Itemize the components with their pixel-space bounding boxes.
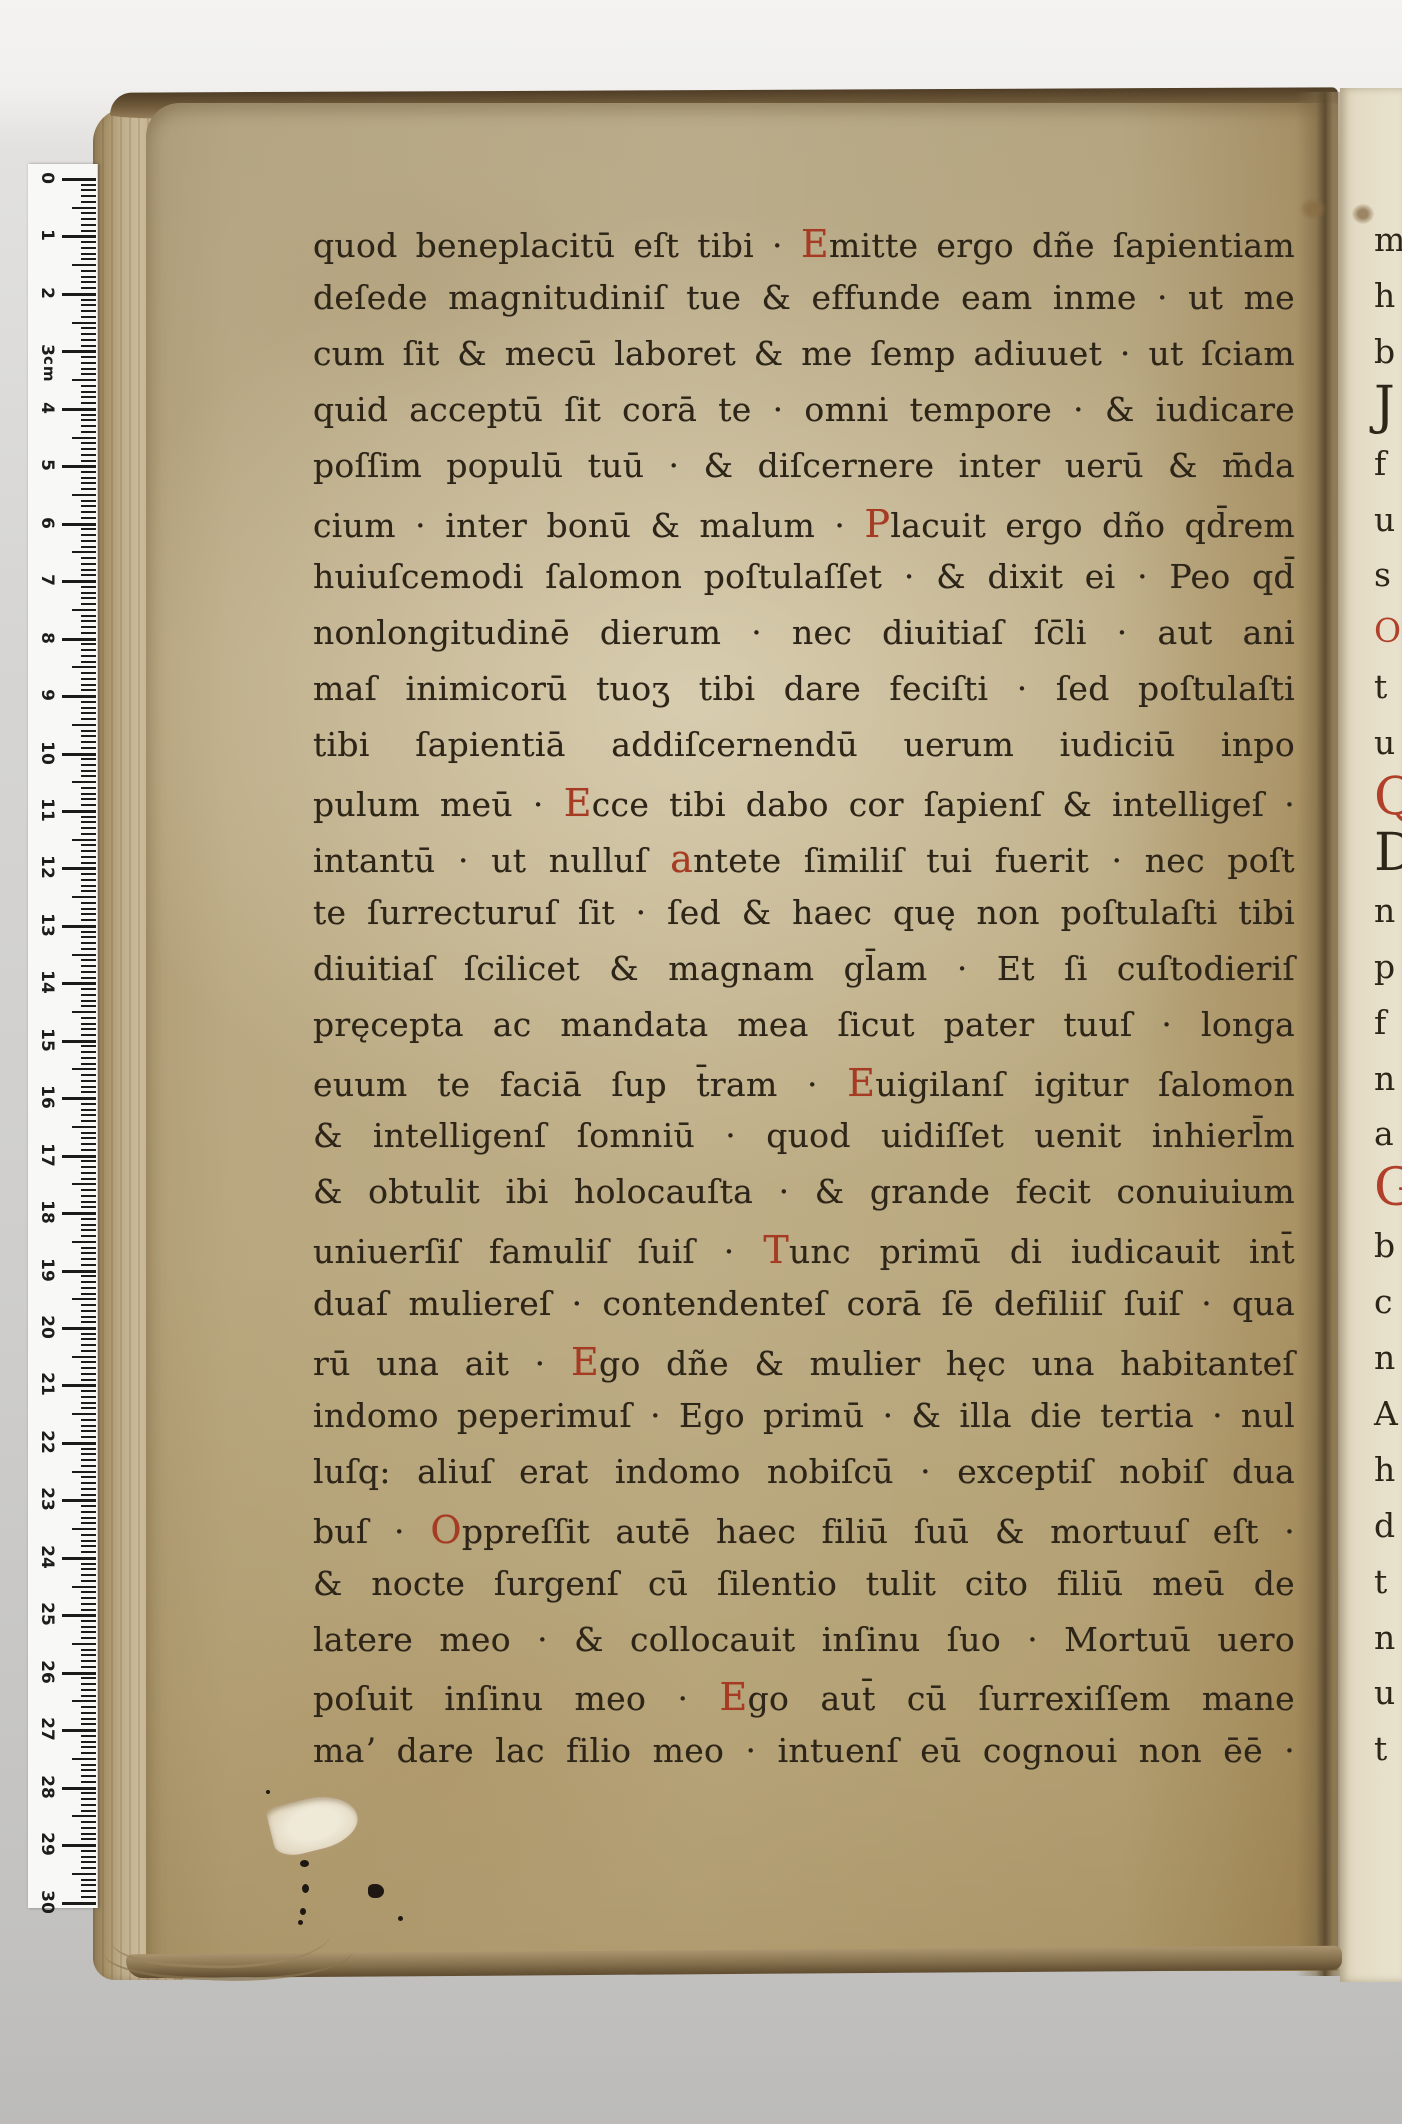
facing-page-letter-fragment: c	[1374, 1282, 1402, 1321]
manuscript-line: intantū · ut nulluſ antete ſimiliſ tui f…	[313, 837, 1295, 889]
line-text: huiuſcemodi ſalomon poſtulaſſet · & dixi…	[313, 557, 1295, 596]
facing-page-letter-fragment: n	[1374, 1338, 1402, 1377]
line-text: pulum meū ·	[313, 785, 564, 824]
manuscript-line: rū una ait · Ego dñe & mulier hęc una ha…	[313, 1340, 1295, 1392]
line-text: cum ſit & mecū laboret & me ſemp adiuuet…	[313, 334, 1295, 373]
facing-page-letter-fragment: n	[1374, 891, 1402, 930]
line-text: cce tibi dabo cor ſapienſ & intelligeſ ·	[592, 785, 1295, 824]
facing-page-letter-fragment: a	[1374, 1114, 1402, 1153]
manuscript-line: nonlongitudinē dierum · nec diuitiaſ ſc̄…	[313, 613, 1295, 665]
manuscript-line: uniuerſiſ famuliſ ſuiſ · Tunc primū di i…	[313, 1228, 1295, 1280]
manuscript-line: & nocte ſurgenſ cū ſilentio tulit cito f…	[313, 1564, 1295, 1616]
line-text: maſ inimicorū tuoʒ tibi dare feciſti · ſ…	[313, 669, 1295, 708]
manuscript-line: cium · inter bonū & malum · Placuit ergo…	[313, 502, 1295, 554]
manuscript-line: te ſurrecturuſ ſit · ſed & haec quę non …	[313, 893, 1295, 945]
line-text: & nocte ſurgenſ cū ſilentio tulit cito f…	[313, 1564, 1295, 1603]
manuscript-line: latere meo · & collocauit inſinu ſuo · M…	[313, 1620, 1295, 1672]
facing-page-letter-fragment: h	[1374, 1450, 1402, 1489]
line-text: poſuit inſinu meo ·	[313, 1679, 720, 1718]
manuscript-line: cum ſit & mecū laboret & me ſemp adiuuet…	[313, 334, 1295, 386]
line-text: uigilanſ igitur ſalomon	[875, 1065, 1295, 1104]
facing-page-letter-fragment: f	[1374, 444, 1402, 483]
line-text: indomo peperimuſ · Ego primū · & illa di…	[313, 1396, 1295, 1435]
manuscript-line: maſ inimicorū tuoʒ tibi dare feciſti · ſ…	[313, 669, 1295, 721]
line-text: cium · inter bonū & malum ·	[313, 506, 865, 545]
line-text: latere meo · & collocauit inſinu ſuo · M…	[313, 1620, 1295, 1659]
manuscript-line: duaſ muliereſ · contendenteſ corā ſē def…	[313, 1284, 1295, 1336]
facing-page-letter-fragment: t	[1374, 1729, 1402, 1768]
line-text: quod beneplacitū eſt tibi ·	[313, 226, 801, 265]
facing-page-letter-fragment: p	[1374, 947, 1402, 986]
line-text: go dñe & mulier hęc una habitanteſ	[599, 1344, 1295, 1383]
manuscript-line: buſ · Oppreſſit autē haec filiū ſuū & mo…	[313, 1508, 1295, 1560]
line-text: te ſurrecturuſ ſit · ſed & haec quę non …	[313, 893, 1295, 932]
facing-page-letter-fragment: b	[1374, 332, 1402, 371]
facing-page-rubric-fragment: Q	[1374, 767, 1402, 827]
line-text: tibi ſapientiā addiſcernendū uerum iudic…	[313, 725, 1295, 764]
manuscript-line: luſq: aliuſ erat indomo nobiſcū · except…	[313, 1452, 1295, 1504]
rubricated-initial: E	[847, 1061, 875, 1105]
line-text: poſſim populū tuū · & diſcernere inter u…	[313, 446, 1295, 485]
facing-page-letter-fragment: D	[1374, 823, 1402, 883]
manuscript-line: euum te faciā ſup t̄ram · Euigilanſ igit…	[313, 1061, 1295, 1113]
line-text: euum te faciā ſup t̄ram ·	[313, 1065, 847, 1104]
facing-page-letter-fragment: n	[1374, 1618, 1402, 1657]
rubricated-initial: E	[801, 222, 829, 266]
facing-page-letter-fragment: J	[1374, 376, 1402, 436]
facing-page-letter-fragment: u	[1374, 500, 1402, 539]
facing-page-rubric-fragment: G	[1374, 1158, 1402, 1218]
facing-page-letter-fragment: h	[1374, 276, 1402, 315]
line-text: maʼ dare lac filio meo · intuenſ eū cogn…	[313, 1731, 1295, 1770]
manuscript-line: & intelligenſ ſomniū · quod uidiſſet uen…	[313, 1116, 1295, 1168]
line-text: quid acceptū ſit corā te · omni tempore …	[313, 390, 1295, 429]
manuscript-photo: cm 0123456789101112131415161718192021222…	[0, 0, 1402, 2124]
line-text: & intelligenſ ſomniū · quod uidiſſet uen…	[313, 1116, 1295, 1155]
rubricated-initial: E	[564, 781, 592, 825]
manuscript-line: quod beneplacitū eſt tibi · Emitte ergo …	[313, 222, 1295, 274]
rubricated-initial: T	[763, 1228, 789, 1272]
facing-page-letter-fragment: n	[1374, 1059, 1402, 1098]
facing-page-letter-fragment: m	[1374, 220, 1402, 259]
facing-page-letter-fragment: f	[1374, 1003, 1402, 1042]
facing-page-letter-fragment: t	[1374, 1562, 1402, 1601]
manuscript-line: indomo peperimuſ · Ego primū · & illa di…	[313, 1396, 1295, 1448]
manuscript-line: diuitiaſ ſcilicet & magnam gl̄am · Et ſi…	[313, 949, 1295, 1001]
line-text: lacuit ergo dño qd̄rem	[890, 506, 1295, 545]
manuscript-line: huiuſcemodi ſalomon poſtulaſſet · & dixi…	[313, 557, 1295, 609]
manuscript-line: maʼ dare lac filio meo · intuenſ eū cogn…	[313, 1731, 1295, 1783]
manuscript-line: quid acceptū ſit corā te · omni tempore …	[313, 390, 1295, 442]
line-text: mitte ergo dñe ſapientiam	[829, 226, 1295, 265]
facing-page-letter-fragment: u	[1374, 1673, 1402, 1712]
facing-page-letter-fragment: b	[1374, 1226, 1402, 1265]
facing-page-rubric-fragment: O	[1374, 611, 1402, 650]
line-text: rū una ait ·	[313, 1344, 571, 1383]
rubricated-initial: E	[720, 1675, 748, 1719]
rubricated-initial: O	[430, 1508, 461, 1552]
manuscript-line: deſede magnitudiniſ tue & effunde eam in…	[313, 278, 1295, 330]
line-text: luſq: aliuſ erat indomo nobiſcū · except…	[313, 1452, 1295, 1491]
rubricated-initial: P	[865, 502, 891, 546]
facing-page-letter-fragment: t	[1374, 667, 1402, 706]
line-text: pręcepta ac mandata mea ſicut pater tuuſ…	[313, 1005, 1295, 1044]
facing-page-letter-fragment: A	[1374, 1394, 1402, 1433]
manuscript-line: & obtulit ibi holocauſta · & grande feci…	[313, 1172, 1295, 1224]
line-text: buſ ·	[313, 1512, 430, 1551]
facing-page-letter-fragment: d	[1374, 1506, 1402, 1545]
manuscript-text-block: quod beneplacitū eſt tibi · Emitte ergo …	[0, 0, 1402, 2124]
line-text: intantū · ut nulluſ	[313, 841, 670, 880]
line-text: uniuerſiſ famuliſ ſuiſ ·	[313, 1232, 763, 1271]
manuscript-line: poſuit inſinu meo · Ego aut̄ cū ſurrexiſ…	[313, 1675, 1295, 1727]
line-text: nonlongitudinē dierum · nec diuitiaſ ſc̄…	[313, 613, 1295, 652]
rubricated-initial: a	[670, 837, 693, 881]
line-text: duaſ muliereſ · contendenteſ corā ſē def…	[313, 1284, 1295, 1323]
line-text: ppreſſit autē haec filiū ſuū & mortuuſ e…	[462, 1512, 1295, 1551]
line-text: ntete ſimiliſ tui fuerit · nec poſt	[693, 841, 1295, 880]
manuscript-line: pręcepta ac mandata mea ſicut pater tuuſ…	[313, 1005, 1295, 1057]
line-text: unc primū di iudicauit int̄	[789, 1232, 1295, 1271]
line-text: diuitiaſ ſcilicet & magnam gl̄am · Et ſi…	[313, 949, 1295, 988]
manuscript-line: poſſim populū tuū · & diſcernere inter u…	[313, 446, 1295, 498]
facing-page-letter-fragment: u	[1374, 723, 1402, 762]
rubricated-initial: E	[571, 1340, 599, 1384]
line-text: & obtulit ibi holocauſta · & grande feci…	[313, 1172, 1295, 1211]
manuscript-line: tibi ſapientiā addiſcernendū uerum iudic…	[313, 725, 1295, 777]
manuscript-line: pulum meū · Ecce tibi dabo cor ſapienſ &…	[313, 781, 1295, 833]
line-text: go aut̄ cū ſurrexiſſem mane	[748, 1679, 1295, 1718]
facing-page-letter-fragment: s	[1374, 555, 1402, 594]
line-text: deſede magnitudiniſ tue & effunde eam in…	[313, 278, 1295, 317]
